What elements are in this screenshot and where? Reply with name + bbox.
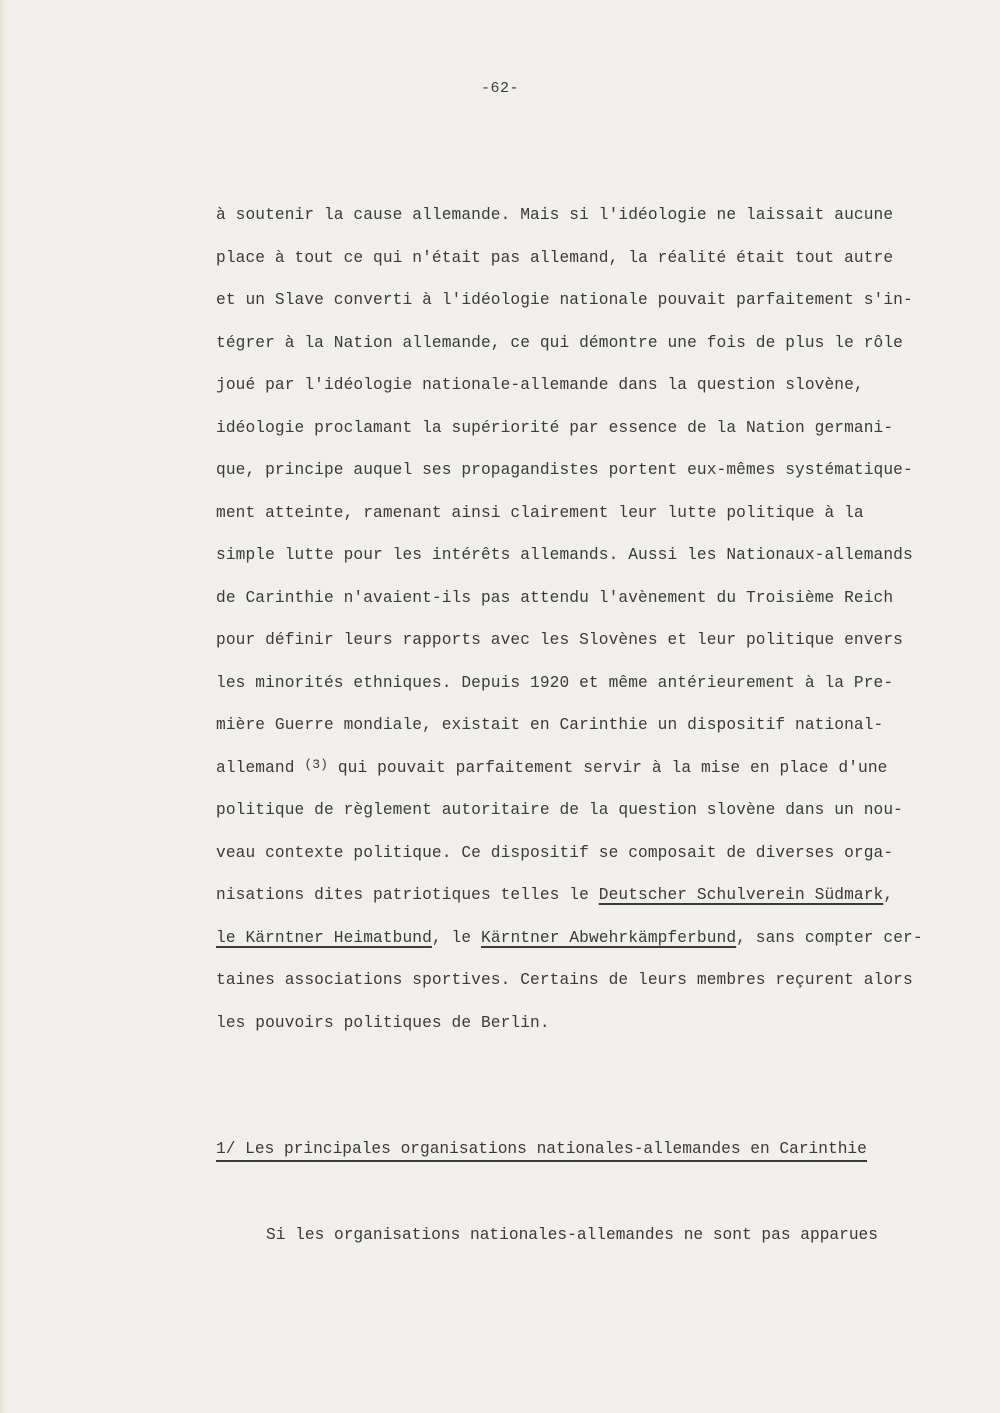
text-line: à soutenir la cause allemande. Mais si l… — [216, 206, 893, 224]
text-line: les pouvoirs politiques de Berlin. — [216, 1014, 550, 1032]
next-paragraph: Si les organisations nationales-allemand… — [266, 1226, 878, 1244]
text-line: mière Guerre mondiale, existait en Carin… — [216, 716, 883, 734]
section-heading: 1/ Les principales organisations nationa… — [216, 1140, 867, 1162]
page-number: -62- — [0, 80, 1000, 97]
text-line: simple lutte pour les intérêts allemands… — [216, 546, 913, 564]
org-name-schulverein: Deutscher Schulverein Südmark — [599, 886, 884, 904]
text-line: politique de règlement autoritaire de la… — [216, 801, 903, 819]
text-line: que, principe auquel ses propagandistes … — [216, 461, 913, 479]
text-line: nisations dites patriotiques telles le D… — [216, 886, 893, 904]
text-line: ment atteinte, ramenant ainsi clairement… — [216, 504, 864, 522]
footnote-reference: (3) — [304, 757, 328, 772]
text-line: allemand (3) qui pouvait parfaitement se… — [216, 759, 887, 777]
text-line: taines associations sportives. Certains … — [216, 971, 913, 989]
text-line: joué par l'idéologie nationale-allemande… — [216, 376, 864, 394]
scan-edge — [0, 0, 6, 1413]
text-line: le Kärntner Heimatbund, le Kärntner Abwe… — [216, 929, 923, 947]
text-line: de Carinthie n'avaient-ils pas attendu l… — [216, 589, 893, 607]
text-line: pour définir leurs rapports avec les Slo… — [216, 631, 903, 649]
org-name-abwehrkaempferbund: Kärntner Abwehrkämpferbund — [481, 929, 736, 947]
text-line: veau contexte politique. Ce dispositif s… — [216, 844, 893, 862]
text-line: idéologie proclamant la supériorité par … — [216, 419, 893, 437]
text-line: tégrer à la Nation allemande, ce qui dém… — [216, 334, 903, 352]
text-line: les minorités ethniques. Depuis 1920 et … — [216, 674, 893, 692]
text-line: place à tout ce qui n'était pas allemand… — [216, 249, 893, 267]
org-name-heimatbund: le Kärntner Heimatbund — [216, 929, 432, 947]
text-line: et un Slave converti à l'idéologie natio… — [216, 291, 913, 309]
